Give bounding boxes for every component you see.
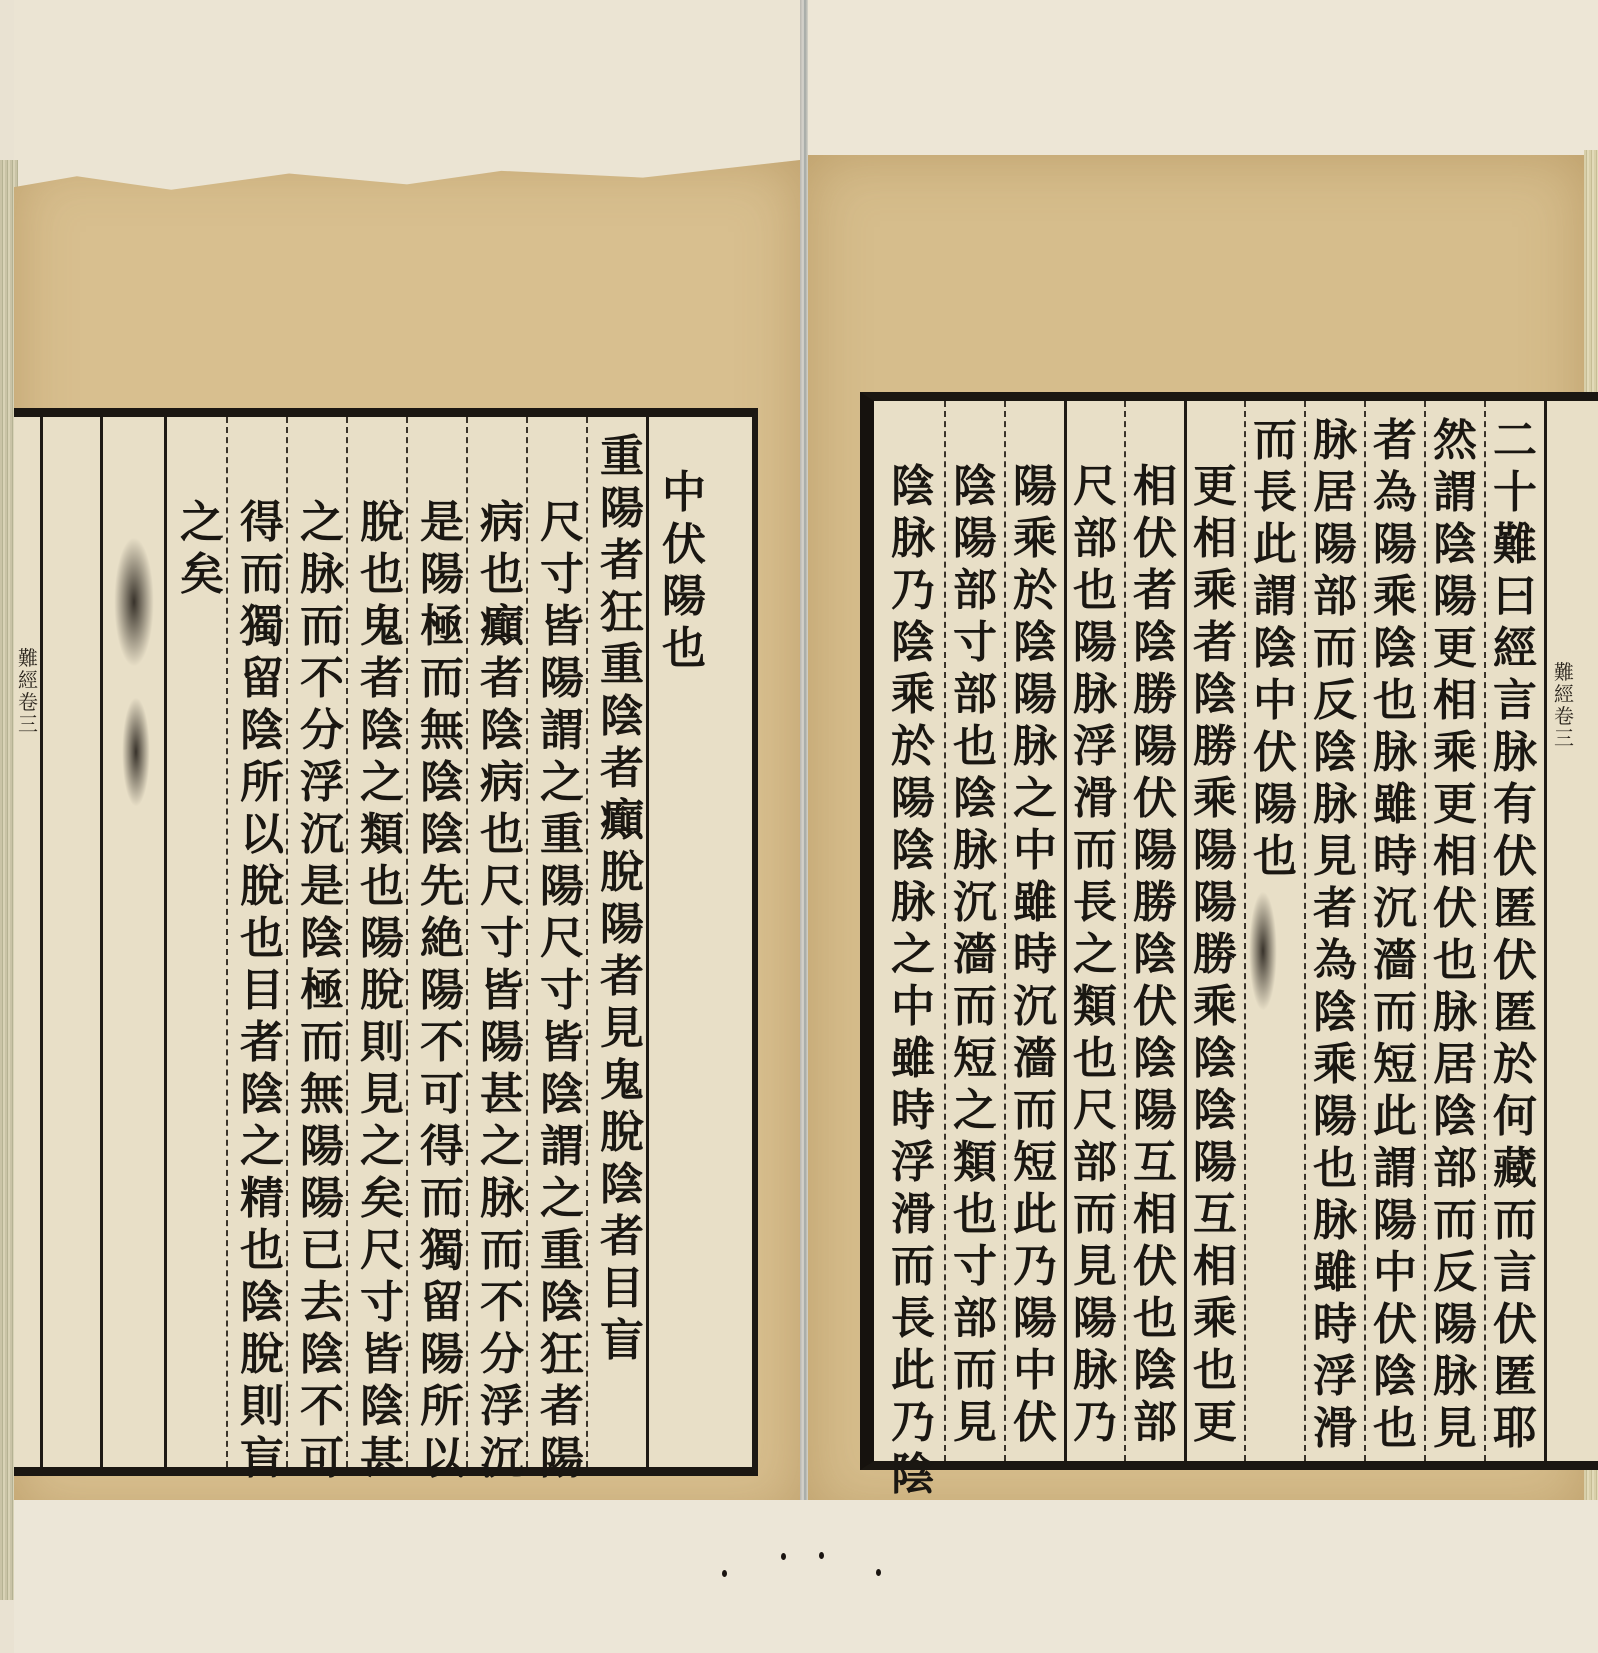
text-column-4: 脉居陽部而反陰脉見者為陰乘陽也脉雖時浮滑	[1306, 401, 1364, 1461]
glyph: 也	[1373, 1403, 1417, 1455]
bottom-blank-margin	[14, 1500, 1598, 1653]
glyph: 也	[953, 721, 997, 773]
glyph: 伏	[1133, 1241, 1177, 1293]
glyph: 中	[1253, 675, 1297, 727]
glyph: 乘	[891, 669, 935, 721]
glyph: 分	[300, 705, 344, 757]
glyph: 甚	[360, 1433, 404, 1485]
glyph: 為	[1373, 467, 1417, 519]
glyph: 部	[953, 565, 997, 617]
glyph: 癲	[480, 601, 524, 653]
glyph: 脫	[600, 847, 644, 899]
glyph: 陰	[1193, 1085, 1237, 1137]
glyph: 互	[1133, 1137, 1177, 1189]
glyph: 脫	[240, 861, 284, 913]
glyph: 癲	[600, 795, 644, 847]
glyph: 勝	[1193, 721, 1237, 773]
glyph: 陽	[953, 513, 997, 565]
glyph: 而	[480, 1225, 524, 1277]
glyph: 此	[891, 1345, 935, 1397]
glyph: 陰	[891, 461, 935, 513]
glyph: 互	[1193, 1189, 1237, 1241]
text-column-2: 重陽者狂重陰者癲脫陽者見鬼脫陰者目盲	[592, 417, 652, 1467]
glyph: 留	[420, 1277, 464, 1329]
glyph: 所	[240, 757, 284, 809]
glyph: 濇	[1373, 935, 1417, 987]
glyph: 可	[420, 1069, 464, 1121]
glyph: 陰	[953, 773, 997, 825]
glyph: 更	[1193, 461, 1237, 513]
glyph: 反	[1313, 675, 1357, 727]
glyph: 陽	[1193, 825, 1237, 877]
glyph: 而	[300, 601, 344, 653]
glyph: 謂	[1433, 467, 1477, 519]
glyph: 不	[300, 1381, 344, 1433]
glyph: 中	[1013, 825, 1057, 877]
glyph: 脫	[360, 497, 404, 549]
glyph: 部	[1433, 1143, 1477, 1195]
glyph: 相	[1193, 513, 1237, 565]
glyph: 卷	[18, 691, 38, 713]
glyph: 耶	[1493, 1403, 1537, 1455]
glyph: 而	[1433, 1195, 1477, 1247]
glyph: 也	[480, 809, 524, 861]
binding-hole	[876, 1569, 881, 1576]
glyph: 寸	[540, 549, 584, 601]
glyph: 矣	[360, 1173, 404, 1225]
glyph: 尺	[1073, 1085, 1117, 1137]
glyph: 脫	[360, 965, 404, 1017]
glyph: 陰	[891, 1449, 935, 1501]
glyph: 脉	[1313, 415, 1357, 467]
glyph: 而	[1073, 825, 1117, 877]
glyph: 鬼	[600, 1055, 644, 1107]
glyph: 陽	[420, 1329, 464, 1381]
glyph: 尺	[540, 497, 584, 549]
text-column-4: 病也癲者陰病也尺寸皆陽甚之脉而不分浮沉	[472, 417, 532, 1467]
glyph: 陰	[1433, 519, 1477, 571]
glyph: 者	[1193, 617, 1237, 669]
glyph: 陽	[662, 571, 706, 623]
glyph: 也	[1073, 565, 1117, 617]
glyph: 也	[360, 861, 404, 913]
glyph: 言	[1493, 675, 1537, 727]
glyph: 陰	[1133, 1033, 1177, 1085]
glyph: 而	[1253, 415, 1297, 467]
right-margin-label: 難經卷三	[1554, 661, 1574, 749]
glyph: 也	[1133, 1293, 1177, 1345]
glyph: 見	[953, 1397, 997, 1449]
glyph: 陰	[1133, 1345, 1177, 1397]
glyph: 也	[1313, 1143, 1357, 1195]
glyph: 者	[480, 653, 524, 705]
glyph: 見	[1313, 831, 1357, 883]
glyph: 陽	[540, 653, 584, 705]
glyph: 陽	[1313, 519, 1357, 571]
glyph: 乘	[1193, 1293, 1237, 1345]
glyph: 陰	[600, 1159, 644, 1211]
glyph: 脉	[480, 1173, 524, 1225]
glyph: 乘	[1013, 513, 1057, 565]
text-column-7: 相伏者陰勝陽伏陽勝陰伏陰陽互相伏也陰部	[1126, 401, 1184, 1461]
glyph: 脉	[953, 825, 997, 877]
glyph: 則	[360, 1017, 404, 1069]
left-text-frame: 難經卷三 中伏陽也 重陽者狂重陰者癲脫陽者見鬼脫陰者目盲 尺寸皆陽謂之重陽尺寸皆…	[14, 408, 758, 1476]
glyph: 部	[1133, 1397, 1177, 1449]
glyph: 乃	[1073, 1397, 1117, 1449]
glyph: 中	[662, 467, 706, 519]
glyph: 短	[953, 1033, 997, 1085]
glyph: 短	[1373, 1039, 1417, 1091]
glyph: 為	[1313, 935, 1357, 987]
glyph: 寸	[360, 1277, 404, 1329]
glyph: 藏	[1493, 1143, 1537, 1195]
glyph: 所	[420, 1381, 464, 1433]
glyph: 中	[891, 981, 935, 1033]
left-margin-label: 難經卷三	[18, 647, 38, 735]
glyph: 是	[420, 497, 464, 549]
glyph: 伏	[1133, 513, 1177, 565]
column-rule	[100, 417, 103, 1467]
glyph: 類	[953, 1137, 997, 1189]
glyph: 伏	[1253, 727, 1297, 779]
glyph: 陽	[480, 1017, 524, 1069]
glyph: 伏	[1493, 935, 1537, 987]
glyph: 去	[300, 1277, 344, 1329]
text-column-3: 者為陽乘陰也脉雖時沉濇而短此謂陽中伏陰也	[1366, 401, 1424, 1461]
glyph: 脉	[300, 549, 344, 601]
glyph: 部	[953, 1293, 997, 1345]
glyph: 之	[540, 757, 584, 809]
glyph: 而	[420, 1173, 464, 1225]
glyph: 而	[1073, 1189, 1117, 1241]
glyph: 陽	[300, 1121, 344, 1173]
glyph: 時	[1013, 929, 1057, 981]
glyph: 相	[1133, 461, 1177, 513]
glyph: 先	[420, 861, 464, 913]
glyph: 無	[300, 1069, 344, 1121]
glyph: 陰	[1133, 617, 1177, 669]
glyph: 三	[18, 713, 38, 735]
glyph: 浮	[891, 1137, 935, 1189]
glyph: 然	[1433, 415, 1477, 467]
glyph: 浮	[1313, 1351, 1357, 1403]
glyph: 目	[240, 965, 284, 1017]
glyph: 分	[480, 1329, 524, 1381]
glyph: 匿	[1493, 987, 1537, 1039]
glyph: 伏	[1433, 883, 1477, 935]
glyph: 皆	[360, 1329, 404, 1381]
glyph: 重	[540, 809, 584, 861]
glyph: 目	[600, 1263, 644, 1315]
glyph: 獨	[420, 1225, 464, 1277]
glyph: 也	[360, 549, 404, 601]
text-column-6: 脫也鬼者陰之類也陽脫則見之矣尺寸皆陰甚	[352, 417, 412, 1467]
glyph: 陽	[1073, 1293, 1117, 1345]
glyph: 也	[1433, 935, 1477, 987]
glyph: 更	[1193, 1397, 1237, 1449]
glyph: 部	[1073, 513, 1117, 565]
glyph: 重	[600, 639, 644, 691]
glyph: 陰	[953, 461, 997, 513]
glyph: 謂	[540, 705, 584, 757]
glyph: 陽	[1073, 617, 1117, 669]
glyph: 陽	[1013, 669, 1057, 721]
glyph: 陽	[540, 1433, 584, 1485]
glyph: 乘	[1313, 1039, 1357, 1091]
glyph: 也	[240, 1225, 284, 1277]
glyph: 重	[600, 431, 644, 483]
glyph: 皆	[540, 1017, 584, 1069]
glyph: 者	[600, 1211, 644, 1263]
glyph: 也	[1073, 1033, 1117, 1085]
glyph: 者	[1373, 415, 1417, 467]
glyph: 也	[1253, 831, 1297, 883]
glyph: 陰	[1373, 1351, 1417, 1403]
glyph: 而	[953, 981, 997, 1033]
glyph: 滑	[1073, 773, 1117, 825]
glyph: 者	[600, 951, 644, 1003]
glyph: 勝	[1133, 669, 1177, 721]
glyph: 之	[1073, 929, 1117, 981]
glyph: 雖	[1013, 877, 1057, 929]
glyph: 陰	[1013, 617, 1057, 669]
glyph: 陰	[1313, 727, 1357, 779]
glyph: 脉	[1433, 1351, 1477, 1403]
glyph: 陽	[1373, 1195, 1417, 1247]
glyph: 陽	[360, 913, 404, 965]
glyph: 病	[480, 757, 524, 809]
glyph: 不	[300, 653, 344, 705]
glyph: 之	[180, 497, 224, 549]
glyph: 皆	[540, 601, 584, 653]
glyph: 相	[1193, 1241, 1237, 1293]
glyph: 而	[1493, 1195, 1537, 1247]
glyph: 居	[1433, 1039, 1477, 1091]
glyph: 乘	[1193, 773, 1237, 825]
glyph: 伏	[1373, 1299, 1417, 1351]
glyph: 狂	[600, 587, 644, 639]
glyph: 之	[891, 929, 935, 981]
glyph: 陰	[600, 691, 644, 743]
glyph: 於	[1493, 1039, 1537, 1091]
glyph: 脉	[1313, 779, 1357, 831]
glyph: 滑	[1313, 1403, 1357, 1455]
glyph: 陽	[420, 965, 464, 1017]
glyph: 濇	[1013, 1033, 1057, 1085]
glyph: 而	[1373, 987, 1417, 1039]
glyph: 脉	[891, 513, 935, 565]
glyph: 更	[1433, 779, 1477, 831]
glyph: 脉	[1013, 721, 1057, 773]
column-rule	[164, 417, 167, 1467]
glyph: 陽	[540, 861, 584, 913]
glyph: 脉	[1073, 669, 1117, 721]
glyph: 相	[1433, 831, 1477, 883]
glyph: 類	[360, 809, 404, 861]
glyph: 也	[953, 1189, 997, 1241]
glyph: 中	[1373, 1247, 1417, 1299]
glyph: 難	[18, 647, 38, 669]
binding-hole	[781, 1553, 786, 1560]
glyph: 部	[953, 669, 997, 721]
glyph: 浮	[300, 757, 344, 809]
glyph: 陰	[1133, 929, 1177, 981]
glyph: 於	[1013, 565, 1057, 617]
glyph: 乃	[891, 1397, 935, 1449]
glyph: 伏	[1493, 1299, 1537, 1351]
glyph: 者	[240, 1017, 284, 1069]
glyph: 難	[1493, 519, 1537, 571]
glyph: 雖	[891, 1033, 935, 1085]
glyph: 陰	[240, 1069, 284, 1121]
glyph: 之	[953, 1085, 997, 1137]
glyph: 陽	[1193, 1137, 1237, 1189]
glyph: 經	[1493, 623, 1537, 675]
glyph: 伏	[1493, 831, 1537, 883]
text-column-6: 更相乘者陰勝乘陽陽勝乘陰陰陽互相乘也更	[1186, 401, 1244, 1461]
glyph: 滑	[891, 1189, 935, 1241]
glyph: 脫	[600, 1107, 644, 1159]
glyph: 陰	[1313, 987, 1357, 1039]
glyph: 陽	[1373, 519, 1417, 571]
glyph: 相	[1433, 675, 1477, 727]
glyph: 脉	[1073, 1345, 1117, 1397]
glyph: 陽	[1433, 571, 1477, 623]
glyph: 也	[240, 913, 284, 965]
glyph: 雖	[1313, 1247, 1357, 1299]
glyph: 陰	[300, 913, 344, 965]
glyph: 陽	[1133, 1085, 1177, 1137]
glyph: 陽	[600, 483, 644, 535]
text-column-11: 陰脉乃陰乘於陽陰脉之中雖時浮滑而長此乃陰	[884, 401, 942, 1461]
text-column-7: 之脉而不分浮沉是陰極而無陽陽已去陰不可	[292, 417, 352, 1467]
binding-hole	[722, 1570, 727, 1577]
glyph: 謂	[1253, 571, 1297, 623]
glyph: 重	[540, 1225, 584, 1277]
glyph: 無	[420, 705, 464, 757]
glyph: 經	[1554, 683, 1574, 705]
glyph: 尺	[1073, 461, 1117, 513]
glyph: 乘	[1193, 565, 1237, 617]
binding-hole	[819, 1552, 824, 1559]
glyph: 二	[1493, 415, 1537, 467]
glyph: 而	[1013, 1085, 1057, 1137]
glyph: 此	[1253, 519, 1297, 571]
glyph: 極	[300, 965, 344, 1017]
glyph: 陽	[600, 899, 644, 951]
book-gutter	[800, 0, 808, 1653]
glyph: 陽	[420, 549, 464, 601]
glyph: 陰	[420, 757, 464, 809]
glyph: 狂	[540, 1329, 584, 1381]
glyph: 陽	[1133, 721, 1177, 773]
glyph: 伏	[1013, 1397, 1057, 1449]
glyph: 之	[1013, 773, 1057, 825]
glyph: 沉	[1373, 883, 1417, 935]
glyph: 以	[420, 1433, 464, 1485]
glyph: 之	[360, 1121, 404, 1173]
glyph: 者	[1313, 883, 1357, 935]
glyph: 見	[600, 1003, 644, 1055]
glyph: 短	[1013, 1137, 1057, 1189]
glyph: 之	[540, 1173, 584, 1225]
glyph: 部	[1313, 571, 1357, 623]
glyph: 矣	[180, 549, 224, 601]
glyph: 此	[1373, 1091, 1417, 1143]
glyph: 陰	[1193, 669, 1237, 721]
glyph: 已	[300, 1225, 344, 1277]
glyph: 陰	[240, 705, 284, 757]
glyph: 則	[240, 1381, 284, 1433]
glyph: 濇	[953, 929, 997, 981]
glyph: 乃	[1013, 1241, 1057, 1293]
glyph: 陰	[420, 809, 464, 861]
glyph: 沉	[1013, 981, 1057, 1033]
glyph: 匿	[1493, 1351, 1537, 1403]
glyph: 脉	[1493, 727, 1537, 779]
glyph: 也	[480, 549, 524, 601]
text-column-8: 尺部也陽脉浮滑而長之類也尺部而見陽脉乃	[1066, 401, 1124, 1461]
glyph: 尺	[360, 1225, 404, 1277]
glyph: 絶	[420, 913, 464, 965]
glyph: 陰	[360, 705, 404, 757]
glyph: 乘	[1193, 981, 1237, 1033]
glyph: 陰	[891, 825, 935, 877]
glyph: 乃	[891, 565, 935, 617]
glyph: 得	[240, 497, 284, 549]
glyph: 時	[1313, 1299, 1357, 1351]
glyph: 浮	[480, 1381, 524, 1433]
glyph: 陰	[1433, 1091, 1477, 1143]
glyph: 居	[1313, 467, 1357, 519]
glyph: 謂	[540, 1121, 584, 1173]
glyph: 見	[1433, 1403, 1477, 1455]
text-column-1: 中伏陽也	[654, 417, 714, 1467]
glyph: 脉	[891, 877, 935, 929]
glyph: 陰	[891, 617, 935, 669]
glyph: 陽	[1013, 1293, 1057, 1345]
glyph: 者	[1133, 565, 1177, 617]
glyph: 精	[240, 1173, 284, 1225]
text-column-9: 之矣	[172, 417, 232, 1467]
glyph: 獨	[240, 601, 284, 653]
glyph: 陰	[540, 1277, 584, 1329]
glyph: 相	[1133, 1189, 1177, 1241]
glyph: 留	[240, 653, 284, 705]
glyph: 而	[953, 1345, 997, 1397]
text-column-8: 得而獨留陰所以脫也目者陰之精也陰脫則盲	[232, 417, 292, 1467]
text-column-5: 而長此謂陰中伏陽也	[1246, 401, 1304, 1461]
glyph: 陽	[1313, 1091, 1357, 1143]
ink-smudge	[114, 537, 154, 667]
glyph: 陰	[1193, 1033, 1237, 1085]
text-column-10: 陰陽部寸部也陰脉沉濇而短之類也寸部而見	[946, 401, 1004, 1461]
glyph: 可	[300, 1433, 344, 1485]
glyph: 也	[1193, 1345, 1237, 1397]
glyph: 陽	[1133, 825, 1177, 877]
glyph: 陽	[1013, 461, 1057, 513]
text-column-2: 然謂陰陽更相乘更相伏也脉居陰部而反陽脉見	[1426, 401, 1484, 1461]
ink-smudge	[122, 697, 150, 807]
glyph: 寸	[540, 965, 584, 1017]
glyph: 不	[420, 1017, 464, 1069]
right-text-frame: 難經卷三 二十難曰經言脉有伏匿伏匿於何藏而言伏匿耶 然謂陰陽更相乘更相伏也脉居陰…	[860, 392, 1598, 1470]
glyph: 而	[1313, 623, 1357, 675]
glyph: 寸	[953, 617, 997, 669]
glyph: 皆	[480, 965, 524, 1017]
text-column-5: 是陽極而無陰陰先絶陽不可得而獨留陽所以	[412, 417, 472, 1467]
